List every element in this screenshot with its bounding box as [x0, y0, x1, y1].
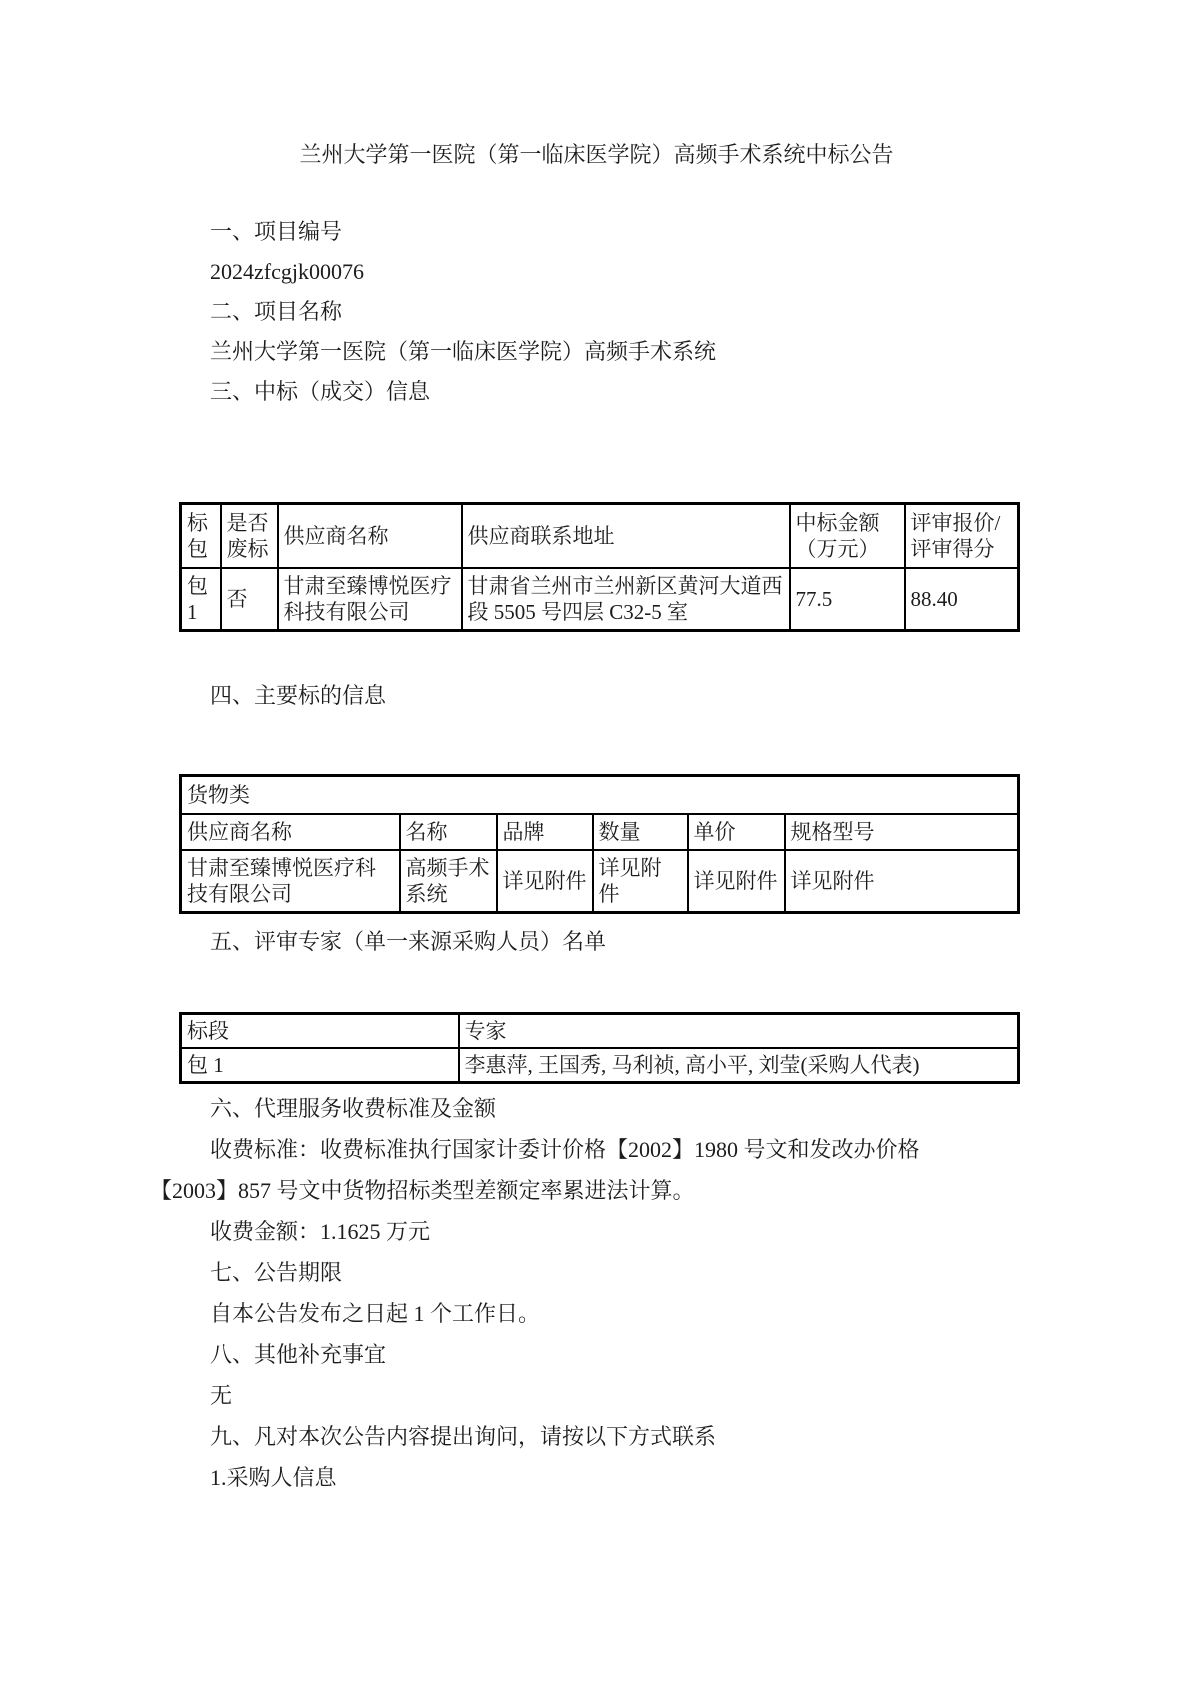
- subject-table: 货物类 供应商名称 名称 品牌 数量 单价 规格型号 甘肃至臻博悦医疗科技有限公…: [179, 774, 1020, 914]
- subject-header-unit-price: 单价: [688, 814, 785, 850]
- document-content: 兰州大学第一医院（第一临床医学院）高频手术系统中标公告 一、项目编号 2024z…: [0, 0, 1191, 1498]
- subject-cell-unit-price: 详见附件: [688, 850, 785, 913]
- project-name: 兰州大学第一医院（第一临床医学院）高频手术系统: [150, 332, 1043, 372]
- award-cell-amount: 77.5: [790, 568, 905, 631]
- section-5-heading: 五、评审专家（单一来源采购人员）名单: [150, 922, 1043, 962]
- award-table-row: 包1 否 甘肃至臻博悦医疗科技有限公司 甘肃省兰州市兰州新区黄河大道西段 550…: [181, 568, 1019, 631]
- subject-header-spec: 规格型号: [785, 814, 1019, 850]
- section-4-heading: 四、主要标的信息: [150, 676, 1043, 716]
- award-header-address: 供应商联系地址: [462, 504, 790, 569]
- subject-cell-supplier: 甘肃至臻博悦医疗科技有限公司: [181, 850, 400, 913]
- subject-cell-quantity: 详见附件: [593, 850, 688, 913]
- subject-header-supplier: 供应商名称: [181, 814, 400, 850]
- experts-table-row: 包 1 李惠萍, 王国秀, 马利祯, 高小平, 刘莹(采购人代表): [181, 1048, 1019, 1083]
- purchaser-info-label: 1.采购人信息: [150, 1457, 1043, 1498]
- section-8-heading: 八、其他补充事宜: [150, 1334, 1043, 1375]
- experts-table-header-row: 标段 专家: [181, 1014, 1019, 1049]
- section-3-heading: 三、中标（成交）信息: [150, 372, 1043, 412]
- fee-standard-line1: 收费标准：收费标准执行国家计委计价格【2002】1980 号文和发改办价格: [150, 1129, 1043, 1170]
- award-header-invalid: 是否废标: [221, 504, 278, 569]
- subject-table-row: 甘肃至臻博悦医疗科技有限公司 高频手术系统 详见附件 详见附件 详见附件 详见附…: [181, 850, 1019, 913]
- subject-table-category-row: 货物类: [181, 776, 1019, 815]
- experts-cell-section: 包 1: [181, 1048, 459, 1083]
- fee-amount: 收费金额：1.1625 万元: [150, 1211, 1043, 1252]
- announcement-period: 自本公告发布之日起 1 个工作日。: [150, 1293, 1043, 1334]
- subject-header-name: 名称: [400, 814, 497, 850]
- section-2-heading: 二、项目名称: [150, 292, 1043, 332]
- award-cell-invalid: 否: [221, 568, 278, 631]
- subject-cell-brand: 详见附件: [497, 850, 593, 913]
- bottom-sections: 六、代理服务收费标准及金额 收费标准：收费标准执行国家计委计价格【2002】19…: [150, 1088, 1043, 1498]
- award-cell-supplier: 甘肃至臻博悦医疗科技有限公司: [278, 568, 462, 631]
- project-number: 2024zfcgjk00076: [150, 252, 1043, 292]
- award-table-header-row: 标包 是否废标 供应商名称 供应商联系地址 中标金额（万元） 评审报价/评审得分: [181, 504, 1019, 569]
- page-title: 兰州大学第一医院（第一临床医学院）高频手术系统中标公告: [150, 0, 1043, 170]
- subject-cell-name: 高频手术系统: [400, 850, 497, 913]
- award-table: 标包 是否废标 供应商名称 供应商联系地址 中标金额（万元） 评审报价/评审得分…: [179, 502, 1020, 632]
- document-page: 兰州大学第一医院（第一临床医学院）高频手术系统中标公告 一、项目编号 2024z…: [0, 0, 1191, 1684]
- award-header-supplier: 供应商名称: [278, 504, 462, 569]
- section-6-heading: 六、代理服务收费标准及金额: [150, 1088, 1043, 1129]
- award-cell-address: 甘肃省兰州市兰州新区黄河大道西段 5505 号四层 C32-5 室: [462, 568, 790, 631]
- award-header-score: 评审报价/评审得分: [905, 504, 1019, 569]
- subject-cell-spec: 详见附件: [785, 850, 1019, 913]
- experts-header-experts: 专家: [459, 1014, 1019, 1049]
- experts-cell-experts: 李惠萍, 王国秀, 马利祯, 高小平, 刘莹(采购人代表): [459, 1048, 1019, 1083]
- section-1-heading: 一、项目编号: [150, 212, 1043, 252]
- experts-header-section: 标段: [181, 1014, 459, 1049]
- subject-table-header-row: 供应商名称 名称 品牌 数量 单价 规格型号: [181, 814, 1019, 850]
- subject-header-brand: 品牌: [497, 814, 593, 850]
- subject-header-quantity: 数量: [593, 814, 688, 850]
- fee-standard-line2: 【2003】857 号文中货物招标类型差额定率累进法计算。: [150, 1170, 1043, 1211]
- section-7-heading: 七、公告期限: [150, 1252, 1043, 1293]
- award-header-amount: 中标金额（万元）: [790, 504, 905, 569]
- subject-category: 货物类: [181, 776, 1019, 815]
- supplement-value: 无: [150, 1375, 1043, 1416]
- experts-table: 标段 专家 包 1 李惠萍, 王国秀, 马利祯, 高小平, 刘莹(采购人代表): [179, 1012, 1020, 1084]
- award-header-package: 标包: [181, 504, 221, 569]
- award-cell-score: 88.40: [905, 568, 1019, 631]
- intro-sections: 一、项目编号 2024zfcgjk00076 二、项目名称 兰州大学第一医院（第…: [150, 212, 1043, 412]
- section-9-heading: 九、凡对本次公告内容提出询问，请按以下方式联系: [150, 1416, 1043, 1457]
- award-cell-package: 包1: [181, 568, 221, 631]
